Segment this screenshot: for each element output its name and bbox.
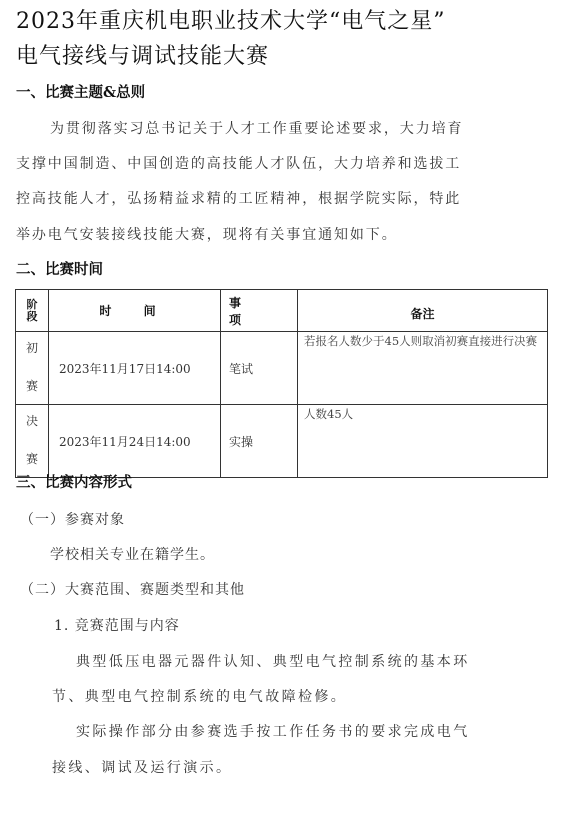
item1-paragraph-line: 实际操作部分由参赛选手按工作任务书的要求完成电气 [76, 723, 470, 741]
stage-cell: 决 赛 [16, 405, 49, 478]
subsection1-heading: （一）参赛对象 [20, 511, 125, 529]
section1-paragraph-line: 支撑中国制造、中国创造的高技能人才队伍，大力培养和选拔工 [16, 155, 461, 173]
stage-char: 初 [16, 341, 48, 355]
stage-char: 赛 [16, 452, 48, 466]
subsection1-text: 学校相关专业在籍学生。 [50, 546, 215, 564]
item1-heading: 1. 竞赛范围与内容 [54, 617, 180, 635]
item1-paragraph-line: 典型低压电器元器件认知、典型电气控制系统的基本环 [76, 653, 470, 671]
stage-cell: 初 赛 [16, 332, 49, 405]
time-cell: 2023年11月24日14:00 [49, 405, 221, 478]
table-row: 决 赛 2023年11月24日14:00 实操 人数45人 [16, 405, 548, 478]
header-stage-line2: 段 [16, 311, 48, 323]
header-time-label: 时 间 [99, 304, 169, 318]
section1-heading: 一、比赛主题&总则 [16, 84, 145, 102]
item1-paragraph-line: 节、典型电气控制系统的电气故障检修。 [52, 688, 347, 706]
section1-paragraph-line: 举办电气安装接线技能大赛，现将有关事宜通知如下。 [16, 226, 398, 244]
subsection2-heading: （二）大赛范围、赛题类型和其他 [20, 581, 245, 599]
header-time: 时 间 [49, 290, 221, 332]
section1-paragraph-line: 为贯彻落实习总书记关于人才工作重要论述要求，大力培育 [50, 120, 463, 138]
stage-char: 决 [16, 414, 48, 428]
document-title-line2: 电气接线与调试技能大赛 [16, 44, 269, 70]
header-stage: 阶 段 [16, 290, 49, 332]
section2-heading: 二、比赛时间 [16, 261, 103, 279]
table-row: 初 赛 2023年11月17日14:00 笔试 若报名人数少于45人则取消初赛直… [16, 332, 548, 405]
header-item: 事 项 [221, 290, 298, 332]
item1-paragraph-line: 接线、调试及运行演示。 [52, 759, 232, 777]
schedule-table: 阶 段 时 间 事 项 备注 初 赛 2023年11月17日14:00 笔试 若… [15, 289, 548, 478]
notes-cell: 人数45人 [298, 405, 548, 478]
header-notes: 备注 [298, 290, 548, 332]
document-title-line1: 2023年重庆机电职业技术大学“电气之星” [16, 9, 445, 35]
section3-heading: 三、比赛内容形式 [16, 474, 132, 492]
header-item-label: 事 项 [229, 296, 255, 327]
table-header-row: 阶 段 时 间 事 项 备注 [16, 290, 548, 332]
item-cell: 实操 [221, 405, 298, 478]
time-cell: 2023年11月17日14:00 [49, 332, 221, 405]
stage-char: 赛 [16, 379, 48, 393]
section1-paragraph-line: 控高技能人才，弘扬精益求精的工匠精神，根据学院实际，特此 [16, 190, 461, 208]
item-cell: 笔试 [221, 332, 298, 405]
header-stage-line1: 阶 [16, 299, 48, 311]
notes-cell: 若报名人数少于45人则取消初赛直接进行决赛 [298, 332, 548, 405]
